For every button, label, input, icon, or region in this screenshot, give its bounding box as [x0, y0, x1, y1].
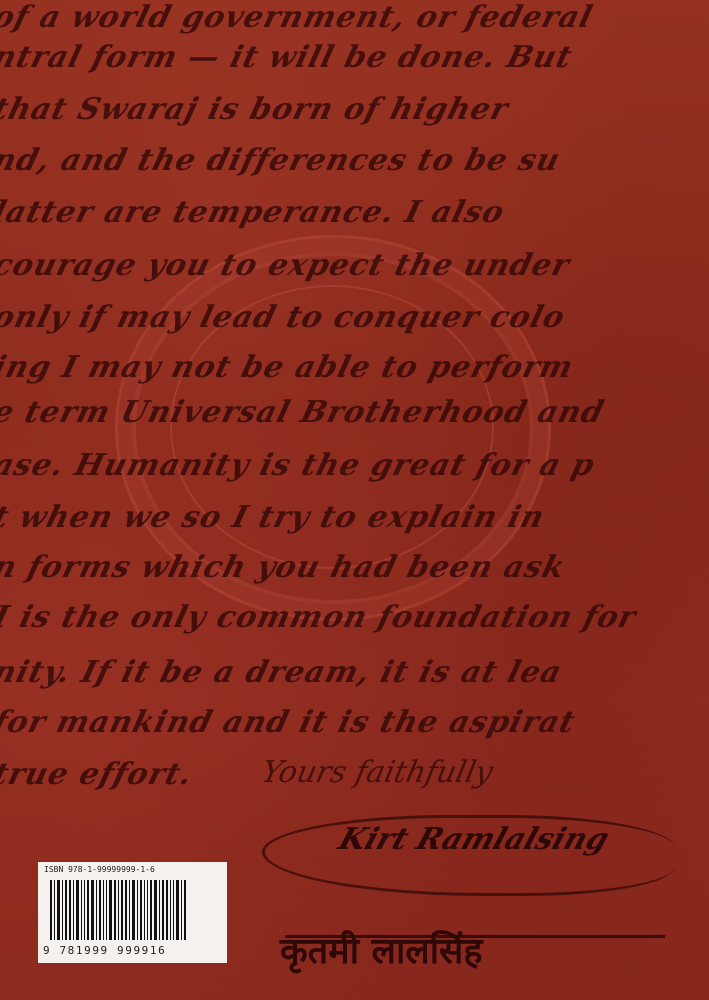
- letter-line: only if may lead to conquer colo: [0, 300, 569, 335]
- letter-line: for mankind and it is the aspirat: [0, 705, 579, 740]
- letter-line: ntral form — it will be done. But: [0, 40, 576, 75]
- letter-line: nity. If it be a dream, it is at lea: [0, 655, 566, 690]
- letter-line: nd, and the differences to be su: [0, 143, 564, 178]
- letter-line: courage you to expect the under: [0, 248, 574, 283]
- barcode-bars: [50, 880, 218, 940]
- letter-line: true effort.: [0, 757, 196, 792]
- letter-line: latter are temperance. I also: [0, 195, 508, 230]
- letter-line: that Swaraj is born of higher: [0, 92, 512, 127]
- signature: Kirt Ramlalsing: [334, 822, 613, 857]
- hindi-signature: कृतमी लालसिंह: [280, 925, 482, 974]
- isbn-barcode: ISBN 978-1-99999999-1-6 9 781999 999916: [38, 862, 227, 963]
- letter-line: I is the only common foundation for: [0, 600, 640, 635]
- letter-line: t when we so I try to explain in: [0, 500, 548, 535]
- letter-line: n forms which you had been ask: [0, 550, 569, 585]
- letter-line: of a world government, or federal: [0, 0, 597, 35]
- isbn-number: 9 781999 999916: [43, 944, 166, 957]
- letter-line: ase. Humanity is the great for a p: [0, 448, 599, 483]
- letter-line: e term Universal Brotherhood and: [0, 395, 608, 430]
- closing-text: Yours faithfully: [258, 755, 496, 790]
- isbn-label: ISBN 978-1-99999999-1-6: [44, 865, 155, 874]
- letter-line: ing I may not be able to perform: [0, 350, 577, 385]
- book-back-cover: of a world government, or federalntral f…: [0, 0, 709, 1000]
